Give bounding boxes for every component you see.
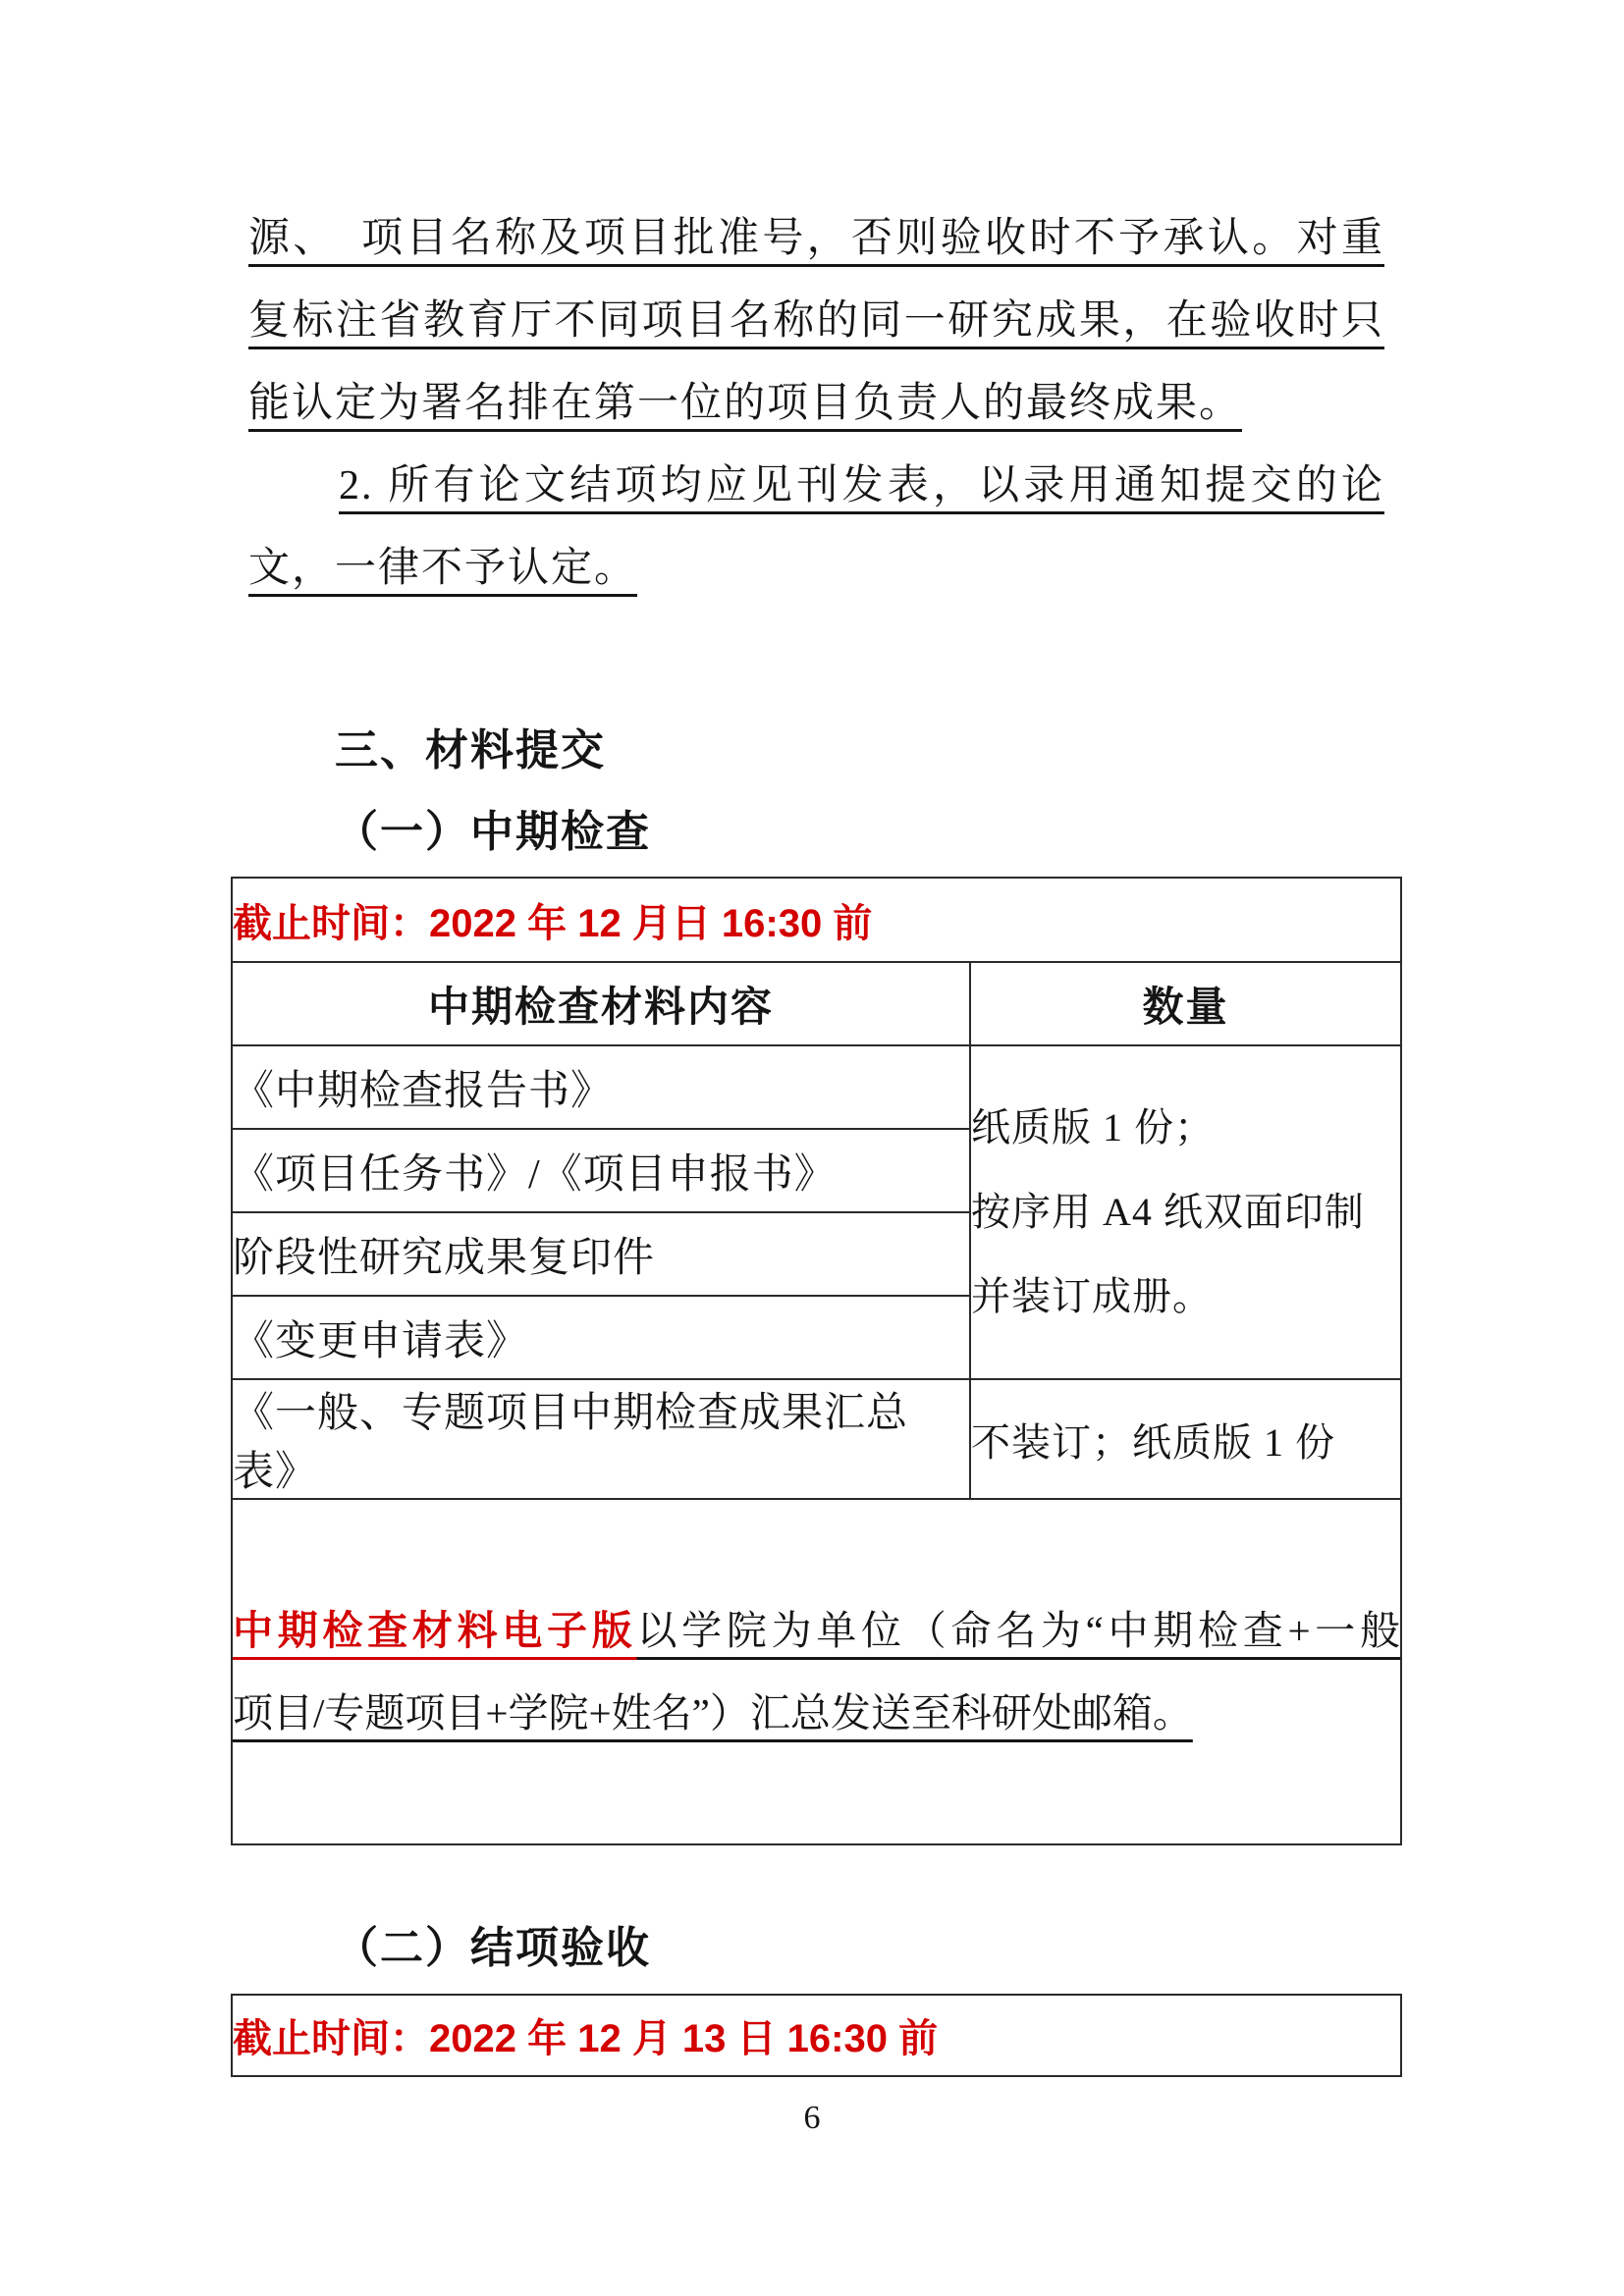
column-header-quantity: 数量 — [970, 962, 1401, 1045]
material-cell: 《一般、专题项目中期检查成果汇总表》 — [232, 1379, 970, 1499]
paragraph-line: 源、 项目名称及项目批准号，否则验收时不予承认。对重 — [248, 197, 1384, 280]
material-cell: 阶段性研究成果复印件 — [232, 1212, 970, 1296]
table-row: 截止时间：2022 年 12 月日 16:30 前 — [232, 878, 1401, 962]
table-row: 中期检查材料内容 数量 — [232, 962, 1401, 1045]
table-row: 《一般、专题项目中期检查成果汇总表》 不装订；纸质版 1 份 — [232, 1379, 1401, 1499]
subsection-heading-final: （二）结项验收 — [335, 1907, 651, 1990]
quantity-merged-cell: 纸质版 1 份； 按序用 A4 纸双面印制 并装订成册。 — [970, 1045, 1401, 1379]
paragraph-line: 复标注省教育厅不同项目名称的同一研究成果，在验收时只 — [248, 280, 1384, 362]
quantity-line: 按序用 A4 纸双面印制 — [971, 1170, 1400, 1255]
section-heading: 三、材料提交 — [335, 710, 606, 792]
note-line2: 项目/专题项目+学院+姓名”）汇总发送至科研处邮箱。 — [233, 1690, 1193, 1735]
material-cell: 《中期检查报告书》 — [232, 1045, 970, 1129]
final-acceptance-table: 截止时间：2022 年 12 月 13 日 16:30 前 — [231, 1994, 1402, 2077]
subsection-heading-midterm: （一）中期检查 — [335, 791, 651, 874]
note-line: 中期检查材料电子版以学院为单位（命名为“中期检查+一般 — [233, 1589, 1400, 1672]
paragraph-line: 2. 所有论文结项均应见刊发表，以录用通知提交的论 — [248, 445, 1384, 527]
paragraph-line: 能认定为署名排在第一位的项目负责人的最终成果。 — [248, 362, 1384, 445]
final-deadline: 截止时间：2022 年 12 月 13 日 16:30 前 — [232, 1995, 1401, 2076]
midterm-deadline: 截止时间：2022 年 12 月日 16:30 前 — [232, 878, 1401, 962]
paragraph-line: 文，一律不予认定。 — [248, 527, 1384, 610]
midterm-check-table: 截止时间：2022 年 12 月日 16:30 前 中期检查材料内容 数量 《中… — [231, 877, 1402, 1845]
table-row: 中期检查材料电子版以学院为单位（命名为“中期检查+一般 项目/专题项目+学院+姓… — [232, 1499, 1401, 1844]
material-cell: 《项目任务书》/《项目申报书》 — [232, 1129, 970, 1212]
electronic-note-cell: 中期检查材料电子版以学院为单位（命名为“中期检查+一般 项目/专题项目+学院+姓… — [232, 1499, 1401, 1844]
material-cell: 《变更申请表》 — [232, 1296, 970, 1379]
page-number: 6 — [0, 2097, 1624, 2140]
table-row: 截止时间：2022 年 12 月 13 日 16:30 前 — [232, 1995, 1401, 2076]
note-line: 项目/专题项目+学院+姓名”）汇总发送至科研处邮箱。 — [233, 1672, 1400, 1754]
note-line1-rest: 以学院为单位（命名为“中期检查+一般 — [636, 1608, 1400, 1653]
document-page: 源、 项目名称及项目批准号，否则验收时不予承认。对重 复标注省教育厅不同项目名称… — [0, 0, 1624, 2296]
column-header-content: 中期检查材料内容 — [232, 962, 970, 1045]
intro-paragraphs: 源、 项目名称及项目批准号，否则验收时不予承认。对重 复标注省教育厅不同项目名称… — [248, 197, 1384, 610]
table-row: 《中期检查报告书》 纸质版 1 份； 按序用 A4 纸双面印制 并装订成册。 — [232, 1045, 1401, 1129]
quantity-line: 并装订成册。 — [971, 1255, 1400, 1339]
note-red-lead: 中期检查材料电子版 — [233, 1608, 636, 1653]
quantity-line: 纸质版 1 份； — [971, 1086, 1400, 1170]
quantity-summary-cell: 不装订；纸质版 1 份 — [970, 1379, 1401, 1499]
